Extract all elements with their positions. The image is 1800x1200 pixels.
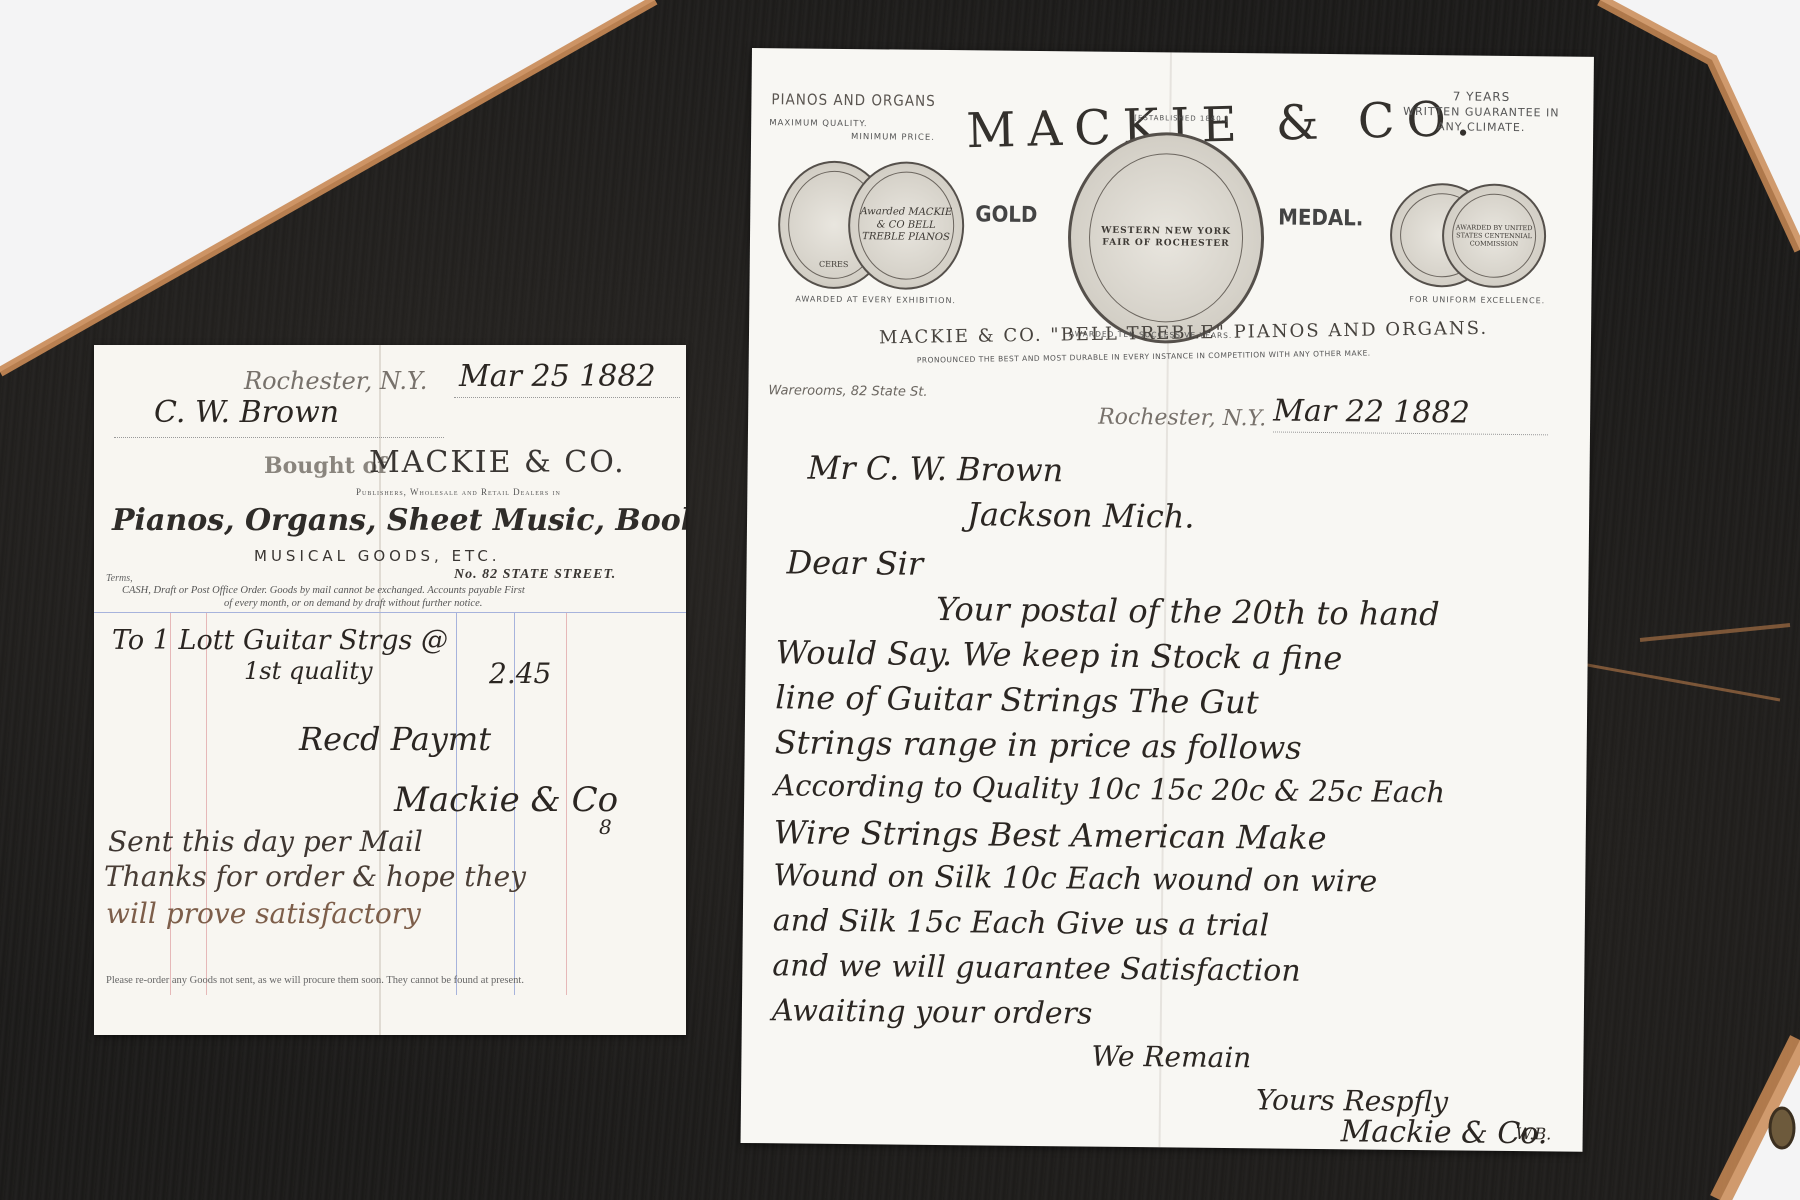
receipt-customer: C. W. Brown <box>154 395 339 430</box>
slogan: MACKIE & CO. "BELL TREBLE" PIANOS AND OR… <box>879 318 1488 349</box>
medal-label: MEDAL. <box>1278 206 1363 232</box>
receipt-subhead: Publishers, Wholesale and Retail Dealers… <box>356 487 561 497</box>
body-line: and we will guarantee Satisfaction <box>772 948 1301 989</box>
closing-respectfully: Yours Respfly <box>1256 1083 1448 1118</box>
salutation-recipient: Mr C. W. Brown <box>807 449 1063 490</box>
established: [ESTABLISHED 1840.] <box>1134 114 1228 123</box>
signature-initials: W.B. <box>1516 1124 1552 1143</box>
gold-label: GOLD <box>975 202 1037 228</box>
header-left-title: Pianos and Organs <box>771 90 935 110</box>
body-line: Wire Strings Best American Make <box>774 813 1327 857</box>
letter-place: Rochester, N.Y. <box>1098 405 1266 432</box>
receipt-company: MACKIE & CO. <box>369 445 626 480</box>
line-item-2: 1st quality <box>244 657 373 685</box>
terms-label: Terms, <box>106 573 133 584</box>
receipt: Rochester, N.Y. Mar 25 1882 C. W. Brown … <box>94 345 686 1035</box>
terms-text-2: of every month, or on demand by draft wi… <box>224 598 482 609</box>
slogan-sub: PRONOUNCED THE BEST AND MOST DURABLE IN … <box>917 349 1371 365</box>
receipt-signature: Mackie & Co <box>394 780 618 820</box>
body-line: and Silk 15c Each Give us a trial <box>773 903 1270 943</box>
receipt-note-2: Thanks for order & hope they <box>104 860 526 893</box>
receipt-note-3: will prove satisfactory <box>106 897 421 930</box>
body-line: Wound on Silk 10c Each wound on wire <box>773 858 1377 899</box>
receipt-products: Pianos, Organs, Sheet Music, Books, <box>112 503 686 538</box>
medal-centennial: AWARDED BY UNITED STATES CENTENNIAL COMM… <box>1442 183 1547 288</box>
body-line: Awaiting your orders <box>772 993 1093 1031</box>
recipient-location: Jackson Mich. <box>967 495 1195 535</box>
warerooms: Warerooms, 82 State St. <box>768 383 927 400</box>
closing-remain: We Remain <box>1091 1040 1251 1075</box>
receipt-header-rule <box>94 612 686 613</box>
medal-ny-agricultural: Awarded MACKIE & CO BELL TREBLE PIANOS <box>847 161 964 290</box>
line-item-amount: 2.45 <box>489 657 551 690</box>
body-line: Your postal of the 20th to hand <box>936 590 1440 633</box>
receipt-place: Rochester, N.Y. <box>244 367 427 395</box>
body-line: line of Guitar Strings The Gut <box>775 678 1259 721</box>
letter-date: Mar 22 1882 <box>1273 393 1470 430</box>
receipt-note-1: Sent this day per Mail <box>108 825 423 858</box>
receipt-date: Mar 25 1882 <box>459 359 656 394</box>
received-payment: Recd Paymt <box>299 720 491 758</box>
case-latch <box>1770 1108 1794 1148</box>
body-line: Would Say. We keep in Stock a fine <box>775 633 1342 677</box>
body-line: Strings range in price as follows <box>775 723 1302 767</box>
receipt-address: No. 82 STATE STREET. <box>454 567 616 583</box>
terms-text-1: CASH, Draft or Post Office Order. Goods … <box>122 585 525 596</box>
receipt-footer: Please re-order any Goods not sent, as w… <box>106 975 524 986</box>
greeting: Dear Sir <box>786 543 923 582</box>
body-line: According to Quality 10c 15c 20c & 25c E… <box>774 768 1445 809</box>
letter: Pianos and Organs MAXIMUM QUALITY. MINIM… <box>741 48 1594 1152</box>
line-item-1: To 1 Lott Guitar Strgs @ <box>112 625 448 656</box>
medal-western-ny-fair: WESTERN NEW YORK FAIR OF ROCHESTER <box>1067 131 1265 344</box>
receipt-musical-goods: MUSICAL GOODS, ETC. <box>254 547 501 565</box>
